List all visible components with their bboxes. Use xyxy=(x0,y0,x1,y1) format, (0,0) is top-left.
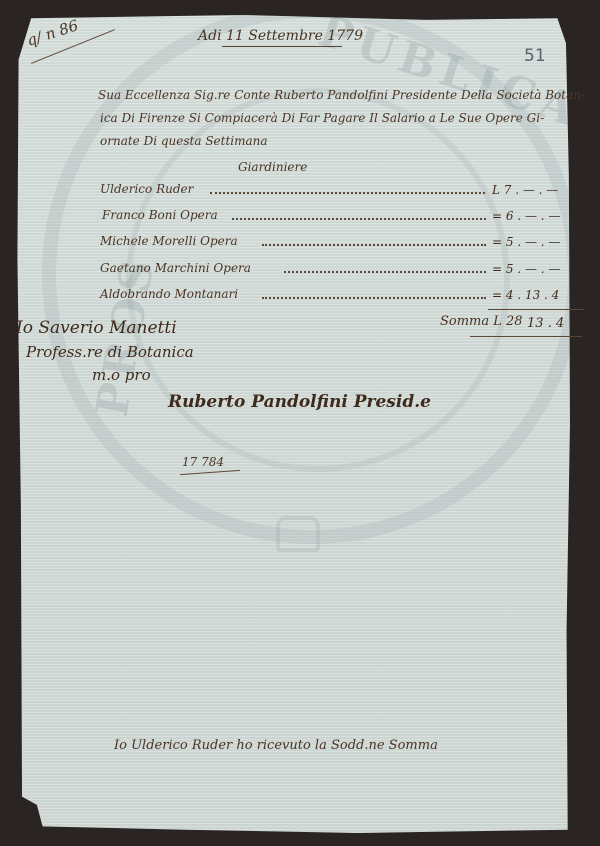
approval-line-2: Profess.re di Botanica xyxy=(26,343,194,361)
total-underline xyxy=(470,336,582,337)
entry-name: Ulderico Ruder xyxy=(100,182,193,196)
section-heading: Giardiniere xyxy=(238,160,307,174)
folio-number: 51 xyxy=(524,46,546,66)
entry-amount: = 6 . — . — xyxy=(492,209,560,223)
entry-name: Michele Morelli Opera xyxy=(100,234,238,248)
entry-amount: = 5 . — . — xyxy=(492,262,560,276)
date-line: Adi 11 Settembre 1779 xyxy=(198,28,363,44)
leader-dots xyxy=(262,244,486,246)
approval-line-1: Io Saverio Manetti xyxy=(16,318,177,338)
leader-dots xyxy=(262,297,486,299)
total-rule xyxy=(488,309,584,310)
leader-dots xyxy=(232,218,486,220)
archive-note: 17 784 xyxy=(182,455,224,469)
crown-watermark xyxy=(276,516,320,552)
total-label: Somma L 28 xyxy=(440,314,523,329)
leader-dots xyxy=(284,271,486,273)
approval-line-3: m.o pro xyxy=(92,366,151,384)
total-value: 13 . 4 xyxy=(527,316,564,331)
entry-name: Gaetano Marchini Opera xyxy=(100,261,251,275)
intro-line-2: ica Di Firenze Si Compiacerà Di Far Paga… xyxy=(100,111,544,125)
receipt-line: Io Ulderico Ruder ho ricevuto la Sodd.ne… xyxy=(114,738,438,753)
president-signature: Ruberto Pandolfini Presid.e xyxy=(168,392,431,412)
intro-line-1: Sua Eccellenza Sig.re Conte Ruberto Pand… xyxy=(98,88,585,102)
entry-amount: L 7 . — . — xyxy=(492,183,558,197)
date-underline xyxy=(222,46,342,47)
entry-amount: = 5 . — . — xyxy=(492,235,560,249)
entry-name: Aldobrando Montanari xyxy=(100,287,238,301)
entry-name: Franco Boni Opera xyxy=(102,208,218,222)
intro-line-3: ornate Di questa Settimana xyxy=(100,134,268,148)
entry-amount: = 4 . 13 . 4 xyxy=(492,288,559,302)
leader-dots xyxy=(210,192,485,194)
